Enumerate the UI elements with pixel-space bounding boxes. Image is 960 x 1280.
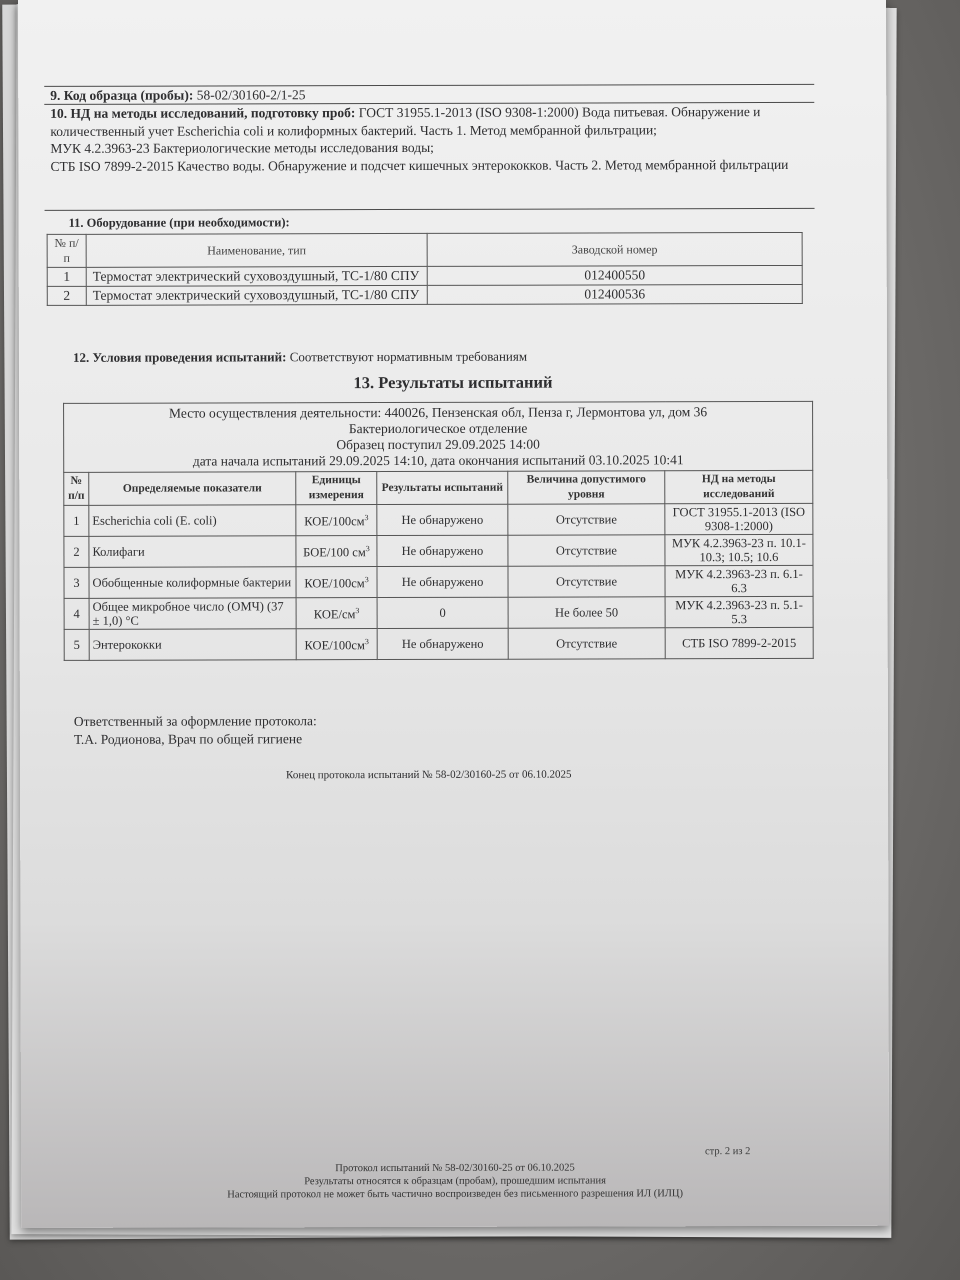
equipment-table: № п/п Наименование, тип Заводской номер … [47,232,803,306]
table-row: 3Обобщенные колиформные бактерииКОЕ/100с… [64,565,813,598]
table-row: 1Escherichia coli (E. coli)КОЕ/100см3Не … [64,503,813,536]
equipment-label: 11. Оборудование (при необходимости): [69,215,290,231]
test-conditions: 12. Условия проведения испытаний: Соотве… [73,349,527,366]
sample-code-label: 9. Код образца (пробы): [50,88,193,103]
methods-line2: МУК 4.2.3963-23 Бактериологические метод… [50,140,434,156]
location: Место осуществления деятельности: 440026… [68,404,808,422]
footer-note: Результаты относятся к образцам (пробам)… [21,1175,889,1188]
results-header-info: Место осуществления деятельности: 440026… [64,401,813,472]
footer-protocol: Протокол испытаний № 58-02/30160-25 от 0… [21,1162,889,1175]
responsible-label: Ответственный за оформление протокола: [74,713,317,730]
table-row: 2КолифагиБОЕ/100 см3Не обнаруженоОтсутст… [64,534,813,567]
received-date: Образец поступил 29.09.2025 14:00 [68,436,808,454]
test-conditions-label: 12. Условия проведения испытаний: [73,349,287,365]
page-number: стр. 2 из 2 [705,1146,750,1157]
table-row: 5ЭнтерококкиКОЕ/100см3Не обнаруженоОтсут… [64,627,813,660]
test-dates: дата начала испытаний 29.09.2025 14:10, … [68,452,808,470]
table-row: 2 Термостат электрический суховоздушный,… [47,284,802,305]
end-of-protocol: Конец протокола испытаний № 58-02/30160-… [286,769,571,782]
department: Бактериологическое отделение [68,420,808,438]
divider [44,84,814,87]
col-num: № п/п [47,234,86,267]
results-table: Место осуществления деятельности: 440026… [63,401,814,661]
col-name: Наименование, тип [86,233,427,267]
table-row: 1 Термостат электрический суховоздушный,… [47,265,802,286]
methods-label: 10. НД на методы исследований, подготовк… [50,105,355,121]
results-title: 13. Результаты испытаний [19,372,887,394]
sample-code: 9. Код образца (пробы): 58-02/30160-2/1-… [50,87,305,104]
footer-disclaimer: Настоящий протокол не может быть частичн… [21,1188,889,1201]
col-serial: Заводской номер [427,232,802,266]
protocol-page: 9. Код образца (пробы): 58-02/30160-2/1-… [18,0,889,1228]
test-conditions-value: Соответствуют нормативным требованиям [290,349,527,365]
methods-line3: СТБ ISO 7899-2-2015 Качество воды. Обнар… [50,156,788,173]
responsible-name: Т.А. Родионова, Врач по общей гигиене [74,731,302,748]
table-row: 4Общее микробное число (ОМЧ) (37 ± 1,0) … [64,596,813,629]
methods-section: 10. НД на методы исследований, подготовк… [50,103,810,175]
divider [45,208,815,211]
sample-code-value: 58-02/30160-2/1-25 [197,87,306,102]
